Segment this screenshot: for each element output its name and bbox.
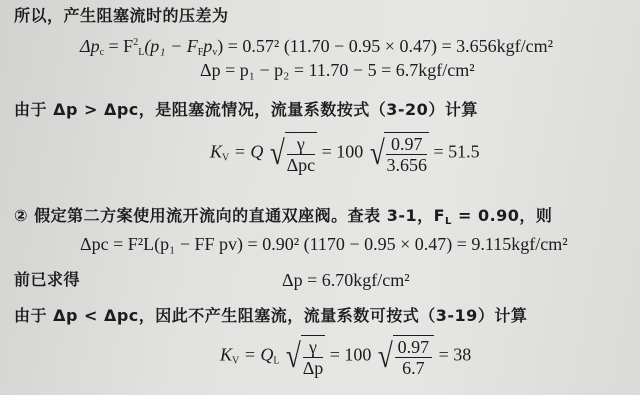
equation-delta-p-first: Δp = p₁ − p₂ = 11.70 − 5 = 6.7kgf/cm² xyxy=(200,60,475,80)
equation-delta-pc-first: Δpc = F2L(p₁ − FFpv) = 0.57² (11.70 − 0.… xyxy=(80,33,553,63)
equation-kv-choked: KV = Q √γΔpc = 100 √0.973.656 = 51.5 xyxy=(210,132,480,175)
intro-line: 所以，产生阻塞流时的压差为 xyxy=(14,6,229,26)
eq1-lhs: Δp xyxy=(80,36,100,56)
equation-delta-p-second: Δp = 6.70kgf/cm² xyxy=(282,270,410,290)
choked-flow-line: 由于 Δp > Δpc，是阻塞流情况，流量系数按式（3-20）计算 xyxy=(14,100,478,120)
non-choked-line: 由于 Δp < Δpc，因此不产生阻塞流，流量系数可按式（3-19）计算 xyxy=(14,306,527,326)
sqrt-gamma-over-dpc: √γΔpc xyxy=(268,132,317,175)
sqrt-gamma-over-dp: √γΔp xyxy=(284,335,325,378)
equation-delta-pc-second: Δpc = F²L(p₁ − FF pv) = 0.90² (1170 − 0.… xyxy=(80,234,568,254)
second-scheme-line: ② 假定第二方案使用流开流向的直通双座阀。查表 3-1，FL = 0.90，则 xyxy=(14,206,552,232)
sqrt-numeric-choked: √0.973.656 xyxy=(368,132,429,175)
previously-found-label: 前已求得 xyxy=(14,270,80,290)
equation-kv-non-choked: KV = QL √γΔp = 100 √0.976.7 = 38 xyxy=(220,335,471,378)
sqrt-numeric-non-choked: √0.976.7 xyxy=(376,335,434,378)
